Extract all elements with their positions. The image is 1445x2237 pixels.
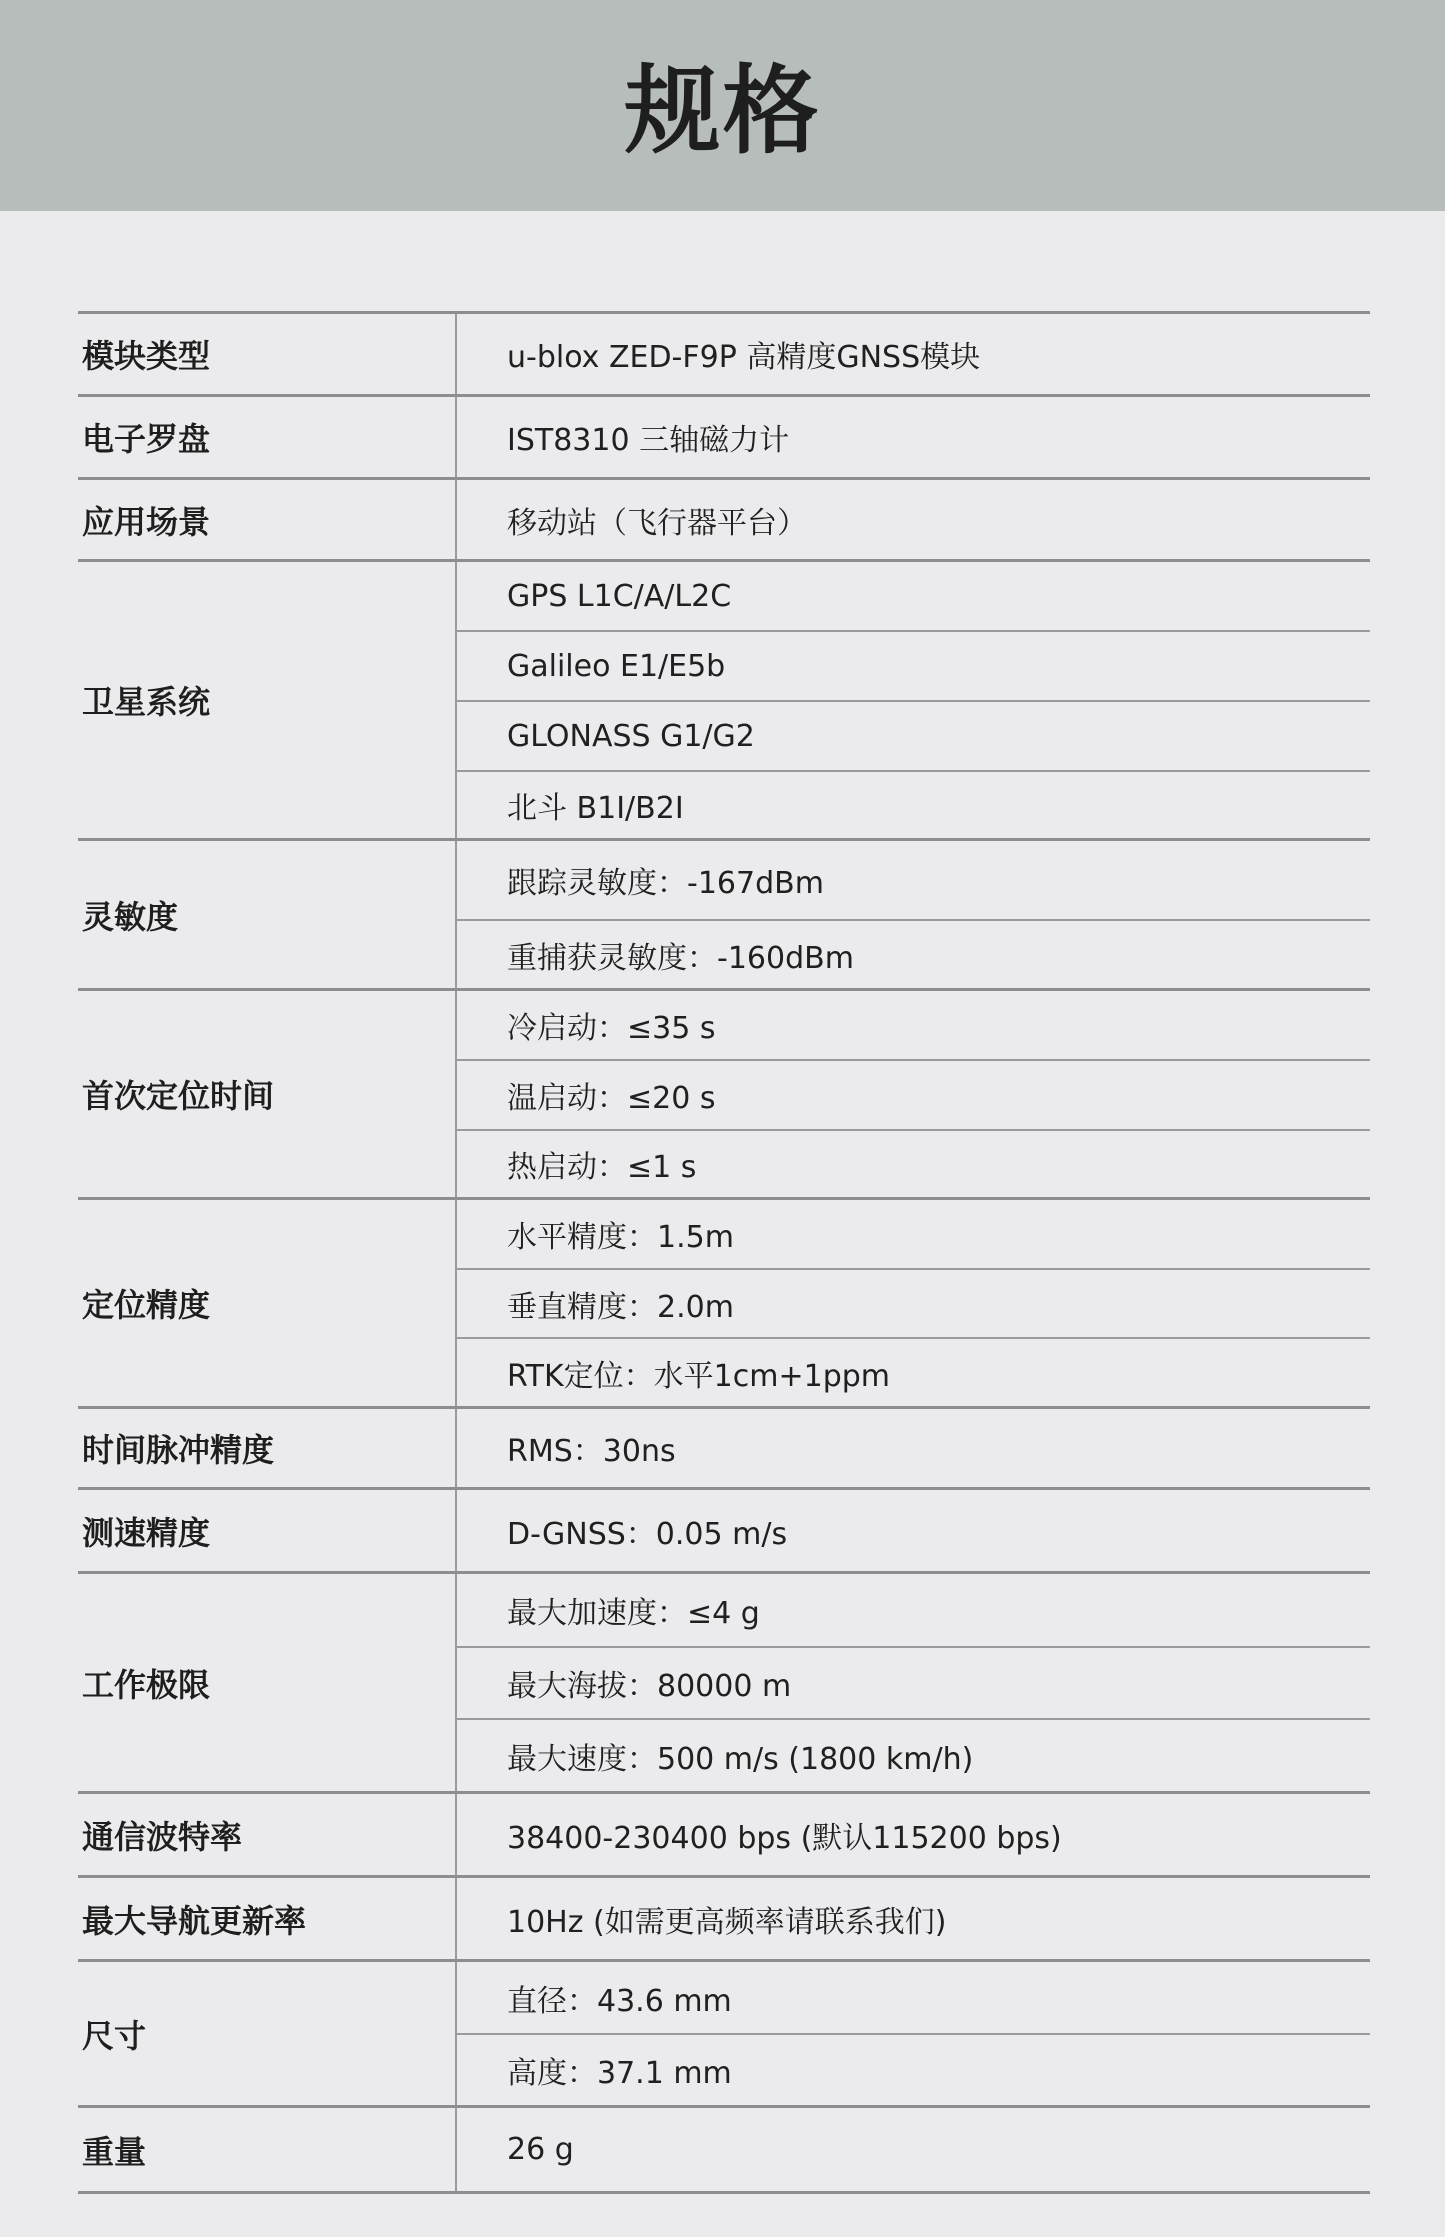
spec-value: 重捕获灵敏度：-160dBm <box>457 921 1370 988</box>
spec-label: 应用场景 <box>78 480 457 559</box>
page-header: 规格 <box>0 0 1445 211</box>
spec-row-sensitivity: 灵敏度 跟踪灵敏度：-167dBm 重捕获灵敏度：-160dBm <box>78 841 1370 991</box>
spec-value: 26 g <box>457 2108 1370 2191</box>
spec-value: 直径：43.6 mm <box>457 1962 1370 2035</box>
spec-row-position-accuracy: 定位精度 水平精度：1.5m 垂直精度：2.0m RTK定位：水平1cm+1pp… <box>78 1200 1370 1409</box>
spec-value: 38400-230400 bps (默认115200 bps) <box>457 1794 1370 1875</box>
spec-row-operational-limits: 工作极限 最大加速度：≤4 g 最大海拔：80000 m 最大速度：500 m/… <box>78 1574 1370 1794</box>
spec-value: 北斗 B1I/B2I <box>457 772 1370 838</box>
spec-value: 温启动：≤20 s <box>457 1061 1370 1131</box>
spec-value: D-GNSS：0.05 m/s <box>457 1490 1370 1571</box>
spec-value: 垂直精度：2.0m <box>457 1270 1370 1339</box>
spec-label: 时间脉冲精度 <box>78 1409 457 1487</box>
spec-value: GLONASS G1/G2 <box>457 702 1370 772</box>
spec-label: 工作极限 <box>78 1574 457 1791</box>
spec-value: 最大速度：500 m/s (1800 km/h) <box>457 1720 1370 1791</box>
spec-label: 重量 <box>78 2108 457 2191</box>
spec-value: 最大加速度：≤4 g <box>457 1574 1370 1648</box>
spec-label: 卫星系统 <box>78 562 457 838</box>
spec-label: 模块类型 <box>78 314 457 394</box>
spec-label: 尺寸 <box>78 1962 457 2105</box>
spec-row-satellite-systems: 卫星系统 GPS L1C/A/L2C Galileo E1/E5b GLONAS… <box>78 562 1370 841</box>
spec-label: 通信波特率 <box>78 1794 457 1875</box>
spec-value: 水平精度：1.5m <box>457 1200 1370 1270</box>
spec-label: 测速精度 <box>78 1490 457 1571</box>
spec-row-ttff: 首次定位时间 冷启动：≤35 s 温启动：≤20 s 热启动：≤1 s <box>78 991 1370 1200</box>
spec-value: 移动站（飞行器平台） <box>457 480 1370 559</box>
spec-value: 高度：37.1 mm <box>457 2035 1370 2105</box>
spec-value: 最大海拔：80000 m <box>457 1648 1370 1720</box>
spec-value: 10Hz (如需更高频率请联系我们) <box>457 1878 1370 1959</box>
spec-row-application: 应用场景 移动站（飞行器平台） <box>78 480 1370 562</box>
spec-value: Galileo E1/E5b <box>457 632 1370 702</box>
spec-label: 灵敏度 <box>78 841 457 988</box>
spec-value: GPS L1C/A/L2C <box>457 562 1370 632</box>
spec-value: 热启动：≤1 s <box>457 1131 1370 1197</box>
spec-row-module-type: 模块类型 u-blox ZED-F9P 高精度GNSS模块 <box>78 314 1370 397</box>
spec-value: 冷启动：≤35 s <box>457 991 1370 1061</box>
spec-label: 定位精度 <box>78 1200 457 1406</box>
spec-row-update-rate: 最大导航更新率 10Hz (如需更高频率请联系我们) <box>78 1878 1370 1962</box>
spec-value: RTK定位：水平1cm+1ppm <box>457 1339 1370 1406</box>
spec-value: u-blox ZED-F9P 高精度GNSS模块 <box>457 314 1370 394</box>
spec-row-dimensions: 尺寸 直径：43.6 mm 高度：37.1 mm <box>78 1962 1370 2108</box>
spec-table: 模块类型 u-blox ZED-F9P 高精度GNSS模块 电子罗盘 IST83… <box>78 311 1370 2194</box>
spec-row-baud-rate: 通信波特率 38400-230400 bps (默认115200 bps) <box>78 1794 1370 1878</box>
spec-row-time-pulse: 时间脉冲精度 RMS：30ns <box>78 1409 1370 1490</box>
spec-row-compass: 电子罗盘 IST8310 三轴磁力计 <box>78 397 1370 480</box>
spec-label: 最大导航更新率 <box>78 1878 457 1959</box>
page-title: 规格 <box>625 35 821 172</box>
spec-value: IST8310 三轴磁力计 <box>457 397 1370 477</box>
spec-row-weight: 重量 26 g <box>78 2108 1370 2194</box>
spec-label: 首次定位时间 <box>78 991 457 1197</box>
spec-value: 跟踪灵敏度：-167dBm <box>457 841 1370 921</box>
spec-value: RMS：30ns <box>457 1409 1370 1487</box>
spec-label: 电子罗盘 <box>78 397 457 477</box>
spec-row-velocity-accuracy: 测速精度 D-GNSS：0.05 m/s <box>78 1490 1370 1574</box>
